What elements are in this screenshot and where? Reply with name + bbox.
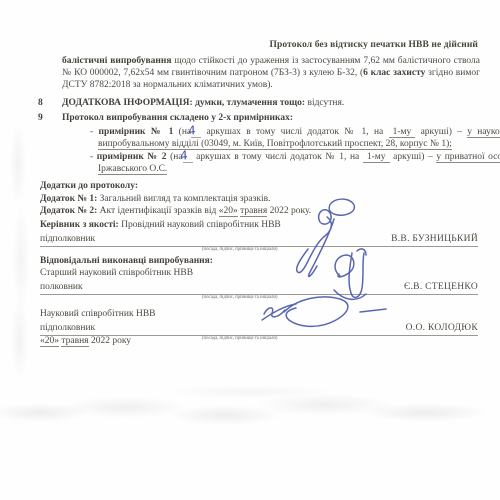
validity-note: Протокол без відтиску печатки НВВ не дій… [270,39,478,51]
item-8-value: відсутня. [307,98,344,108]
executor-2-name: О.О. КОЛОДЮК [406,322,478,334]
executor-1-signature-line: полковник Є.В. СТЕЦЕНКО [40,281,478,295]
footer-date: «20» травня 2022 року [40,335,131,347]
paragraph-lead: балістичні випробування [62,56,171,66]
quality-lead-role-line: Керівник з якості: Провідний науковий сп… [40,219,478,231]
copy-2-sheets-blank: 4 [183,152,193,163]
copy-1-dash: - [90,127,93,137]
quality-lead-name: В.В. БУЗНИЦЬКИЙ [391,233,478,245]
item-9-number: 9 [38,112,62,175]
item-8-title: ДОДАТКОВА ІНФОРМАЦІЯ: [62,98,193,108]
appendix-2-line: Додаток № 2: Акт ідентифікації зразків в… [40,205,478,217]
appendix-1-label: Додаток № 1: [40,194,97,204]
item-8-additional-info: 8 ДОДАТКОВА ІНФОРМАЦІЯ: думки, тлумаченн… [38,97,480,109]
paragraph-emphasis: 6 клас захисту [363,68,425,78]
appendices-section: Додатки до протоколу: Додаток № 1: Загал… [40,180,478,218]
scan-noise-left-edge [6,110,36,380]
executor-1-rank: полковник [40,281,83,293]
scanned-protocol-page: Протокол без відтиску печатки НВВ не дій… [0,0,500,500]
appendix-2-month: травня [240,206,267,217]
copy-1-line: - примірник № 1 (на4 аркушах в тому числ… [90,125,500,150]
copy-2-mid: аркушах в тому числі додаток № 1, на [196,152,359,162]
copy-1-post: аркуші) – [421,127,462,137]
executor-2-role: Науковий співробітник НВВ [40,308,478,320]
footer-date-day: «20» [40,336,59,347]
appendices-title: Додатки до протоколу: [40,180,478,192]
executor-1-role: Старший науковий співробітник НВВ [40,267,478,279]
item-8-text: ДОДАТКОВА ІНФОРМАЦІЯ: думки, тлумачення … [62,97,480,109]
executor-2-caption: (посада, підпис, прізвище та ініціали) [202,336,417,341]
appendix-1-line: Додаток № 1: Загальний вигляд та комплек… [40,193,478,205]
quality-lead-rank: підполковник [40,233,95,245]
item-8-number: 8 [38,97,62,109]
quality-lead-caption: (посада, підпис, прізвище та ініціали) [202,247,417,252]
item-8-subtitle: думки, тлумачення тощо: [195,98,305,108]
item-9-title: Протокол випробування складено у 2-х при… [62,113,293,123]
copy-2-page: 1-му [363,152,390,163]
appendix-2-post: 2022 року. [270,206,312,216]
copy-1-page: 1-му [389,127,416,138]
copy-2-post: аркуші) – [393,152,433,162]
appendix-2-pre: Акт ідентифікації зразків від [100,206,217,216]
item-9-content: Протокол випробування складено у 2-х при… [62,112,500,175]
appendix-2-day: «20» [219,206,238,217]
copy-1-mid: аркушах в тому числі додаток № 1, на [206,127,383,137]
executor-2-signature-line: підполковник О.О. КОЛОДЮК [40,322,478,336]
executors-title: Відповідальні виконавці випробування: [40,255,478,267]
footer-date-rest: 2022 року [91,336,131,346]
quality-lead-signature-block: Керівник з якості: Провідний науковий сп… [40,219,478,254]
quality-lead-role-label: Керівник з якості: [40,220,119,230]
copy-1-label: примірник № 1 [98,127,173,137]
copy-2-label: примірник № 2 [97,152,167,162]
executor-1-caption: (посада, підпис, прізвище та ініціали) [202,295,417,300]
ballistic-test-paragraph: балістичні випробування щодо стійкості д… [62,55,480,91]
executors-signature-block: Відповідальні виконавці випробування: Ст… [40,255,478,343]
copies-list: - примірник № 1 (на4 аркушах в тому числ… [90,125,500,175]
item-9-copies: 9 Протокол випробування складено у 2-х п… [38,112,480,175]
quality-lead-signature-line: підполковник В.В. БУЗНИЦЬКИЙ [40,233,478,247]
copy-2-dash: - [90,152,93,162]
appendix-2-label: Додаток № 2: [40,206,97,216]
executor-1-name: Є.В. СТЕЦЕНКО [404,281,478,293]
copy-2-line: - примірник № 2 (на4 аркушах в тому числ… [90,150,500,175]
copy-1-sheets-blank: 4 [191,127,201,138]
footer-date-month: травня [61,336,88,347]
scan-noise-bottom [0,384,500,436]
appendix-1-text: Загальний вигляд та комплектація зразків… [100,194,271,204]
executor-2-rank: підполковник [40,322,95,334]
quality-lead-role-rest: Провідний науковий співробітник НВВ [121,220,281,230]
